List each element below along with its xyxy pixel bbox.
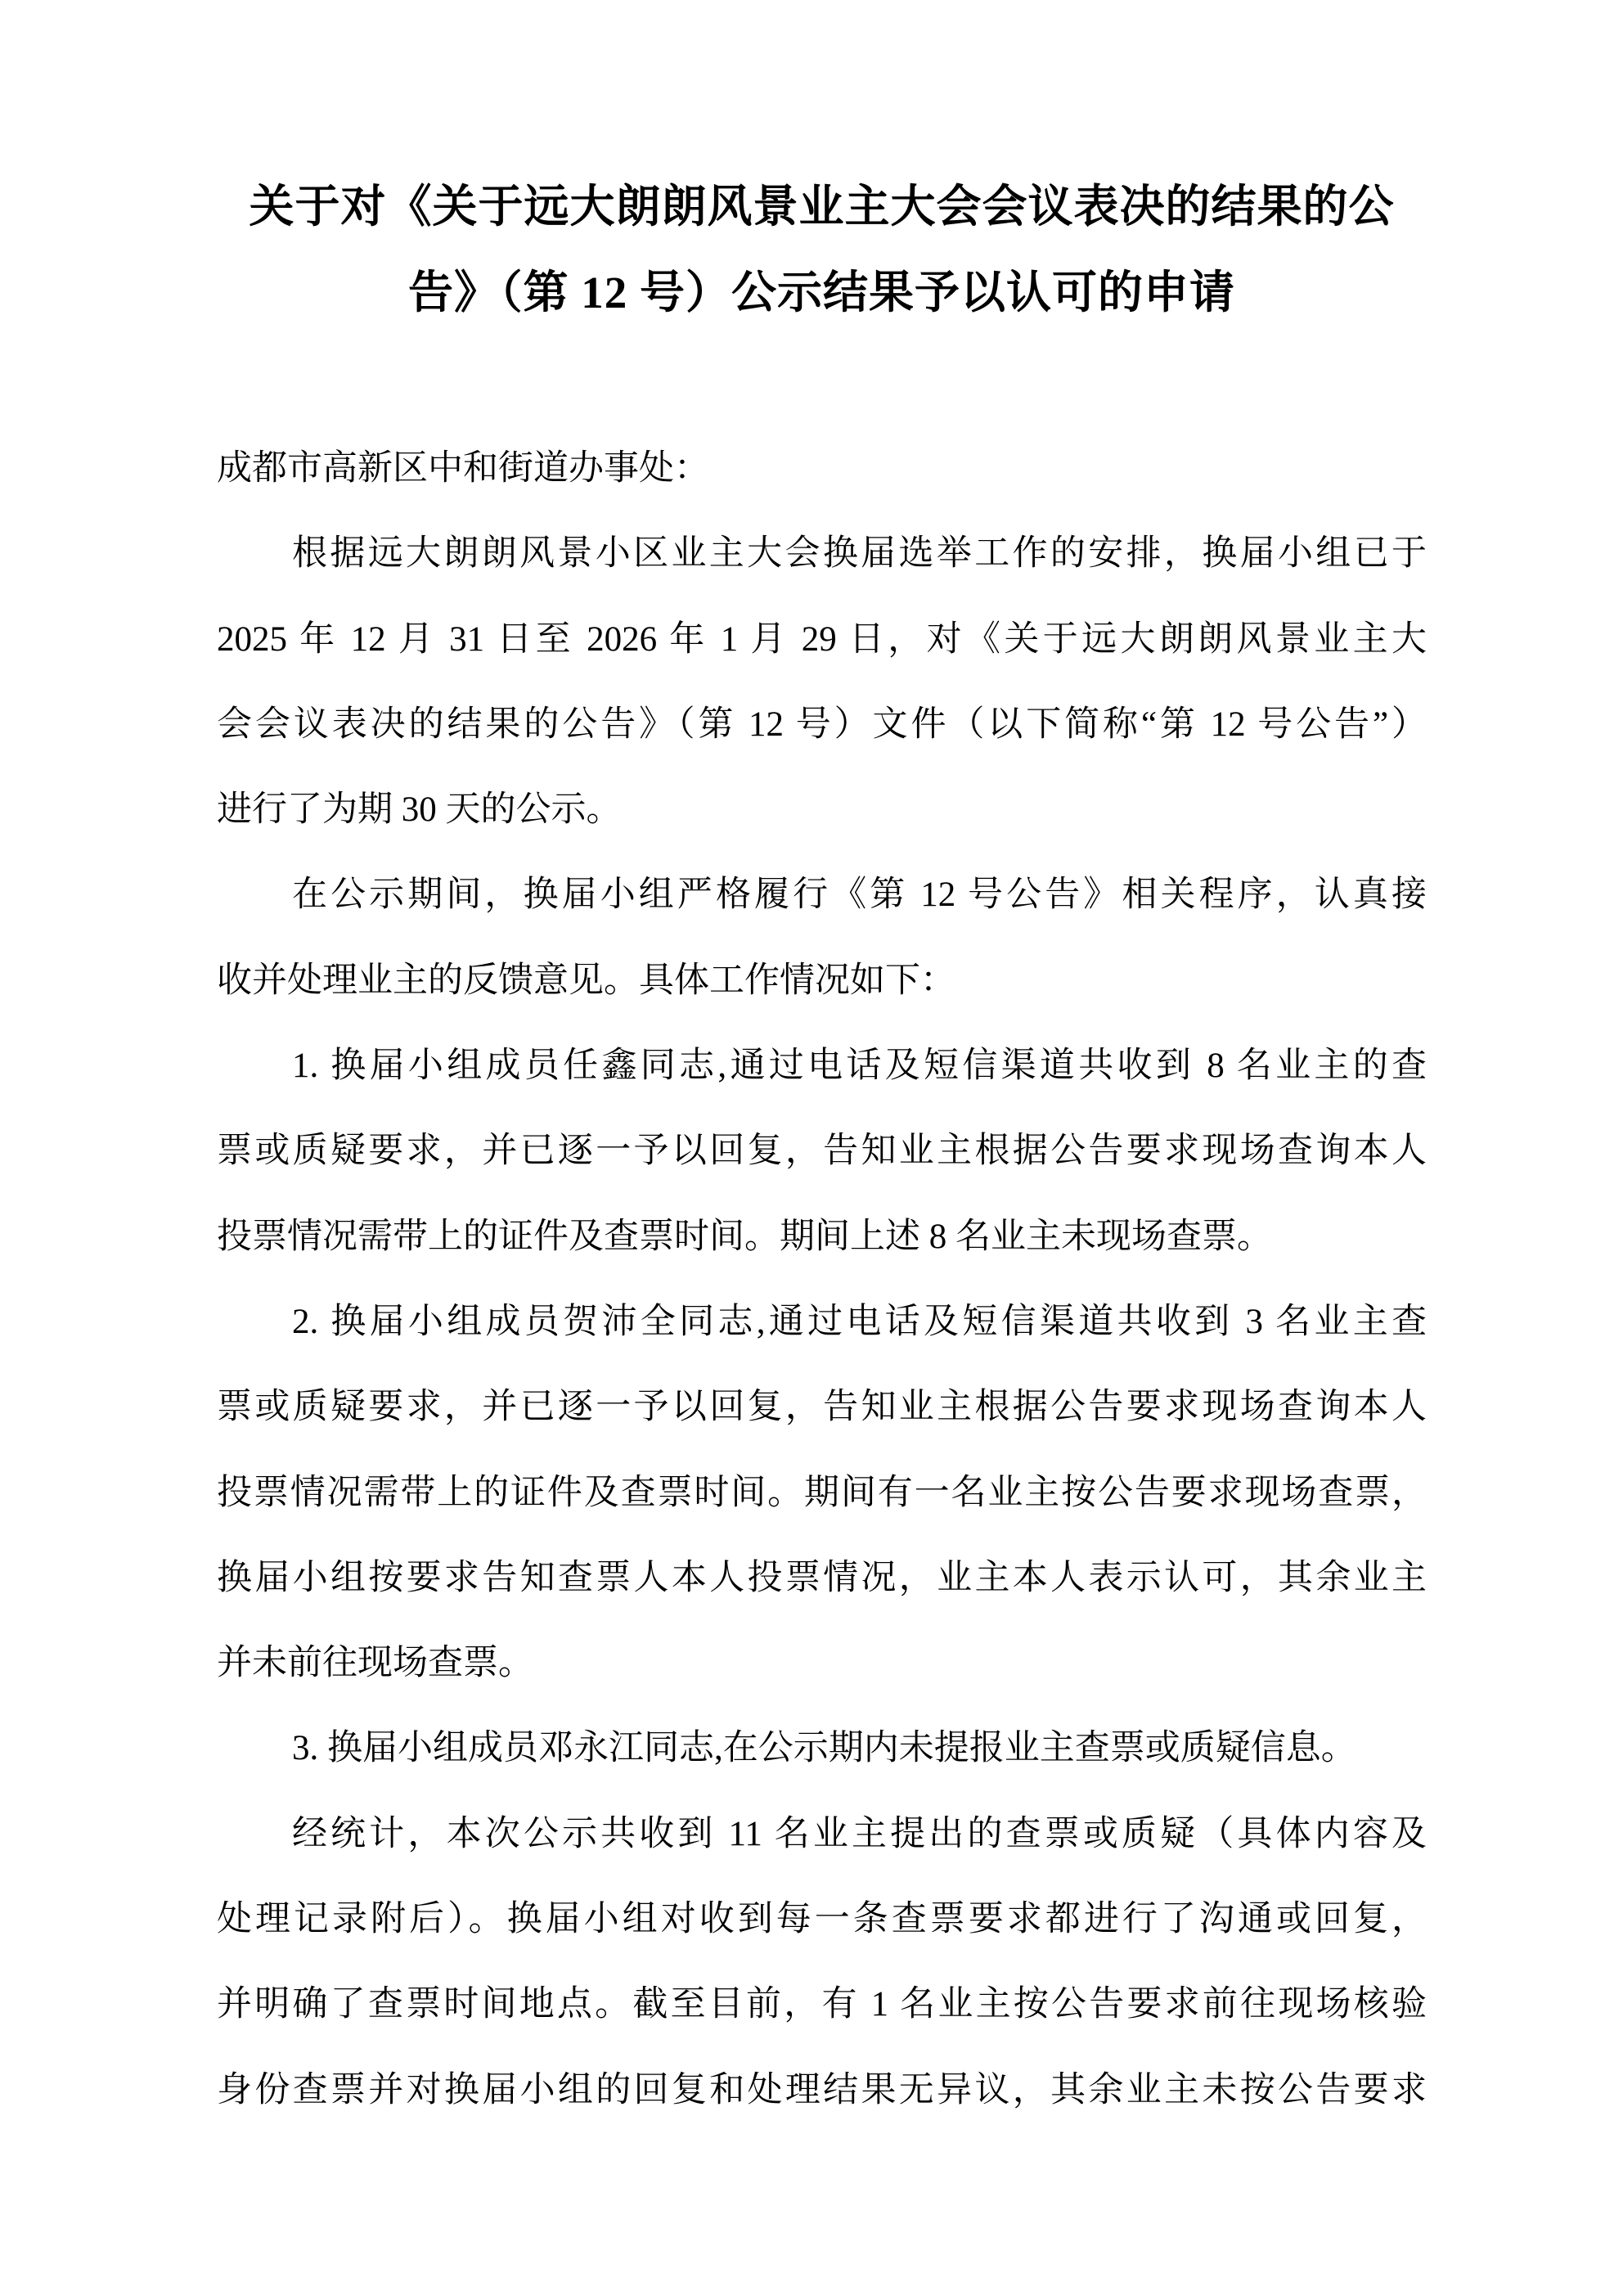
body-line: 经统计，本次公示共收到 11 名业主提出的查票或质疑（具体内容及 (217, 1792, 1427, 1877)
body-line: 2025 年 12 月 31 日至 2026 年 1 月 29 日，对《关于远大… (217, 597, 1427, 682)
document-title: 关于对《关于远大朗朗风景业主大会会议表决的结果的公 告》（第 12 号）公示结果… (217, 164, 1427, 335)
body-line: 收并处理业主的反馈意见。具体工作情况如下： (217, 939, 1427, 1024)
title-line-2: 告》（第 12 号）公示结果予以认可的申请 (217, 250, 1427, 335)
body-line: 并明确了查票时间地点。截至目前，有 1 名业主按公告要求前往现场核验 (217, 1962, 1427, 2047)
body-line: 换届小组按要求告知查票人本人投票情况，业主本人表示认可，其余业主 (217, 1536, 1427, 1621)
body-line: 票或质疑要求，并已逐一予以回复，告知业主根据公告要求现场查询本人 (217, 1365, 1427, 1450)
body-line: 投票情况需带上的证件及查票时间。期间有一名业主按公告要求现场查票， (217, 1451, 1427, 1536)
body-line: 投票情况需带上的证件及查票时间。期间上述 8 名业主未现场查票。 (217, 1195, 1427, 1280)
body-line: 根据远大朗朗风景小区业主大会换届选举工作的安排，换届小组已于 (217, 511, 1427, 597)
body-line: 会会议表决的结果的公告》（第 12 号）文件（以下简称“第 12 号公告”） (217, 682, 1427, 768)
title-line-1: 关于对《关于远大朗朗风景业主大会会议表决的结果的公 (217, 164, 1427, 250)
salutation: 成都市高新区中和街道办事处： (217, 426, 1427, 511)
body-line: 处理记录附后）。换届小组对收到每一条查票要求都进行了沟通或回复， (217, 1877, 1427, 1962)
body-line: 并未前往现场查票。 (217, 1621, 1427, 1706)
body-line: 2. 换届小组成员贺沛全同志,通过电话及短信渠道共收到 3 名业主查 (217, 1280, 1427, 1365)
body-line: 在公示期间，换届小组严格履行《第 12 号公告》相关程序，认真接 (217, 853, 1427, 938)
body-line: 身份查票并对换届小组的回复和处理结果无异议，其余业主未按公告要求 (217, 2048, 1427, 2133)
body-line: 3. 换届小组成员邓永江同志,在公示期内未提报业主查票或质疑信息。 (217, 1706, 1427, 1791)
document-page: 关于对《关于远大朗朗风景业主大会会议表决的结果的公 告》（第 12 号）公示结果… (0, 0, 1623, 2296)
body-line: 1. 换届小组成员任鑫同志,通过电话及短信渠道共收到 8 名业主的查 (217, 1024, 1427, 1109)
body-line: 进行了为期 30 天的公示。 (217, 768, 1427, 853)
body-line: 票或质疑要求，并已逐一予以回复，告知业主根据公告要求现场查询本人 (217, 1109, 1427, 1194)
